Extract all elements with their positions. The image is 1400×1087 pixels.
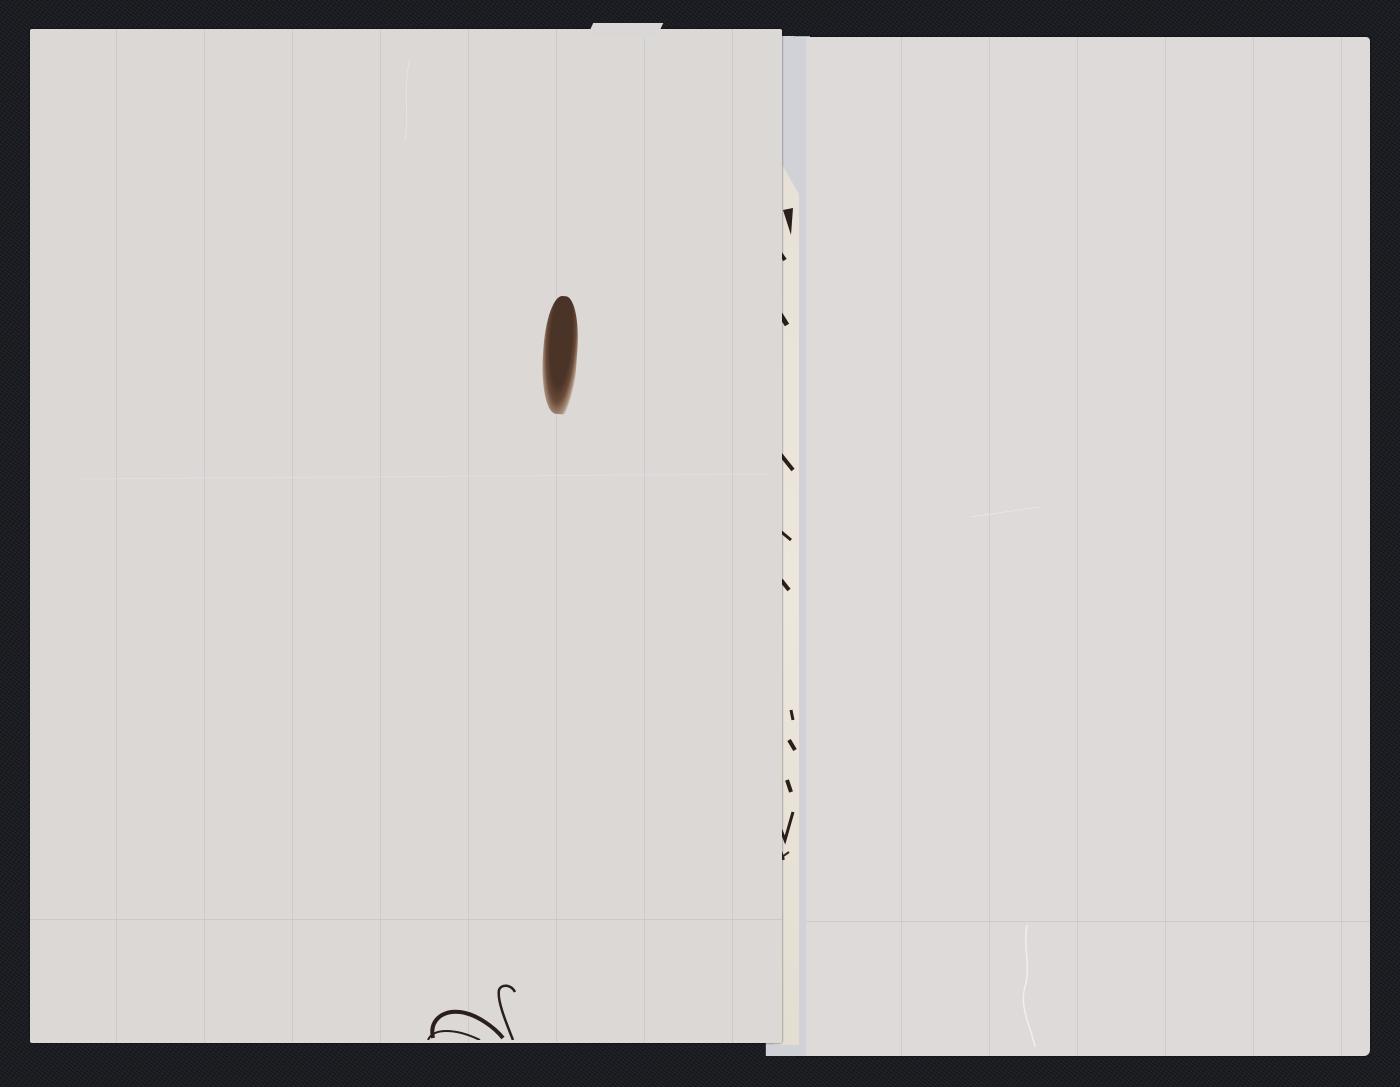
paper-crease-lines (30, 29, 782, 1043)
paper-crease-lines (795, 37, 1370, 1056)
left-paper-panel (30, 29, 782, 1043)
right-paper-panel (795, 37, 1370, 1056)
cursive-handwriting-fragment (425, 980, 520, 1040)
